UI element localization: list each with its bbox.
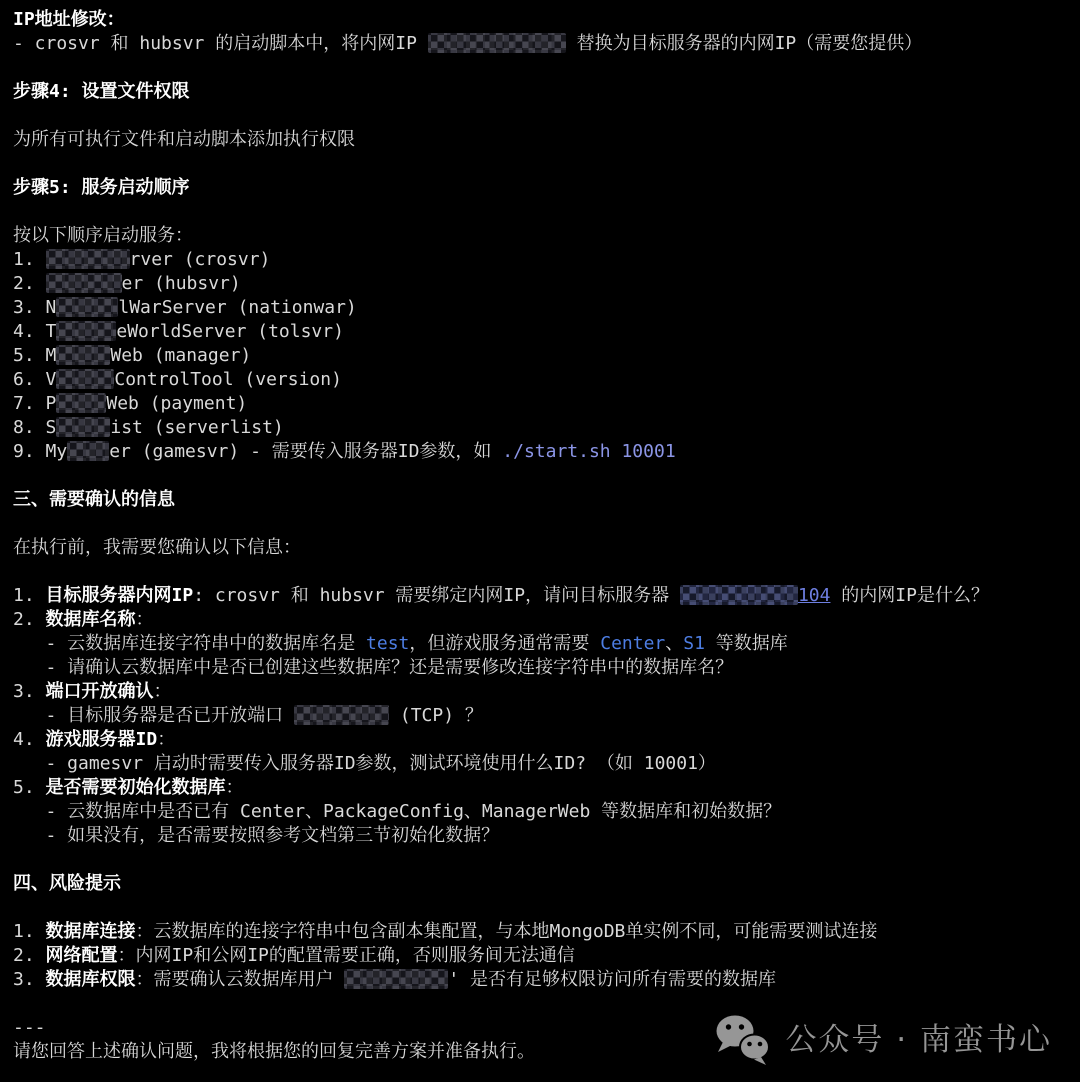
- text-run: 网络配置: [46, 945, 118, 966]
- watermark: 公众号 · 南蛮书心: [715, 1014, 1052, 1066]
- text-run: er (hubsvr): [122, 273, 241, 294]
- text-run: ist (serverlist): [110, 417, 283, 438]
- terminal-line: 步骤5: 服务启动顺序: [13, 176, 1072, 200]
- terminal-line: 2. 数据库名称：: [13, 608, 1072, 632]
- text-run: 3.: [13, 681, 46, 702]
- terminal-line: 1. 数据库连接：云数据库的连接字符串中包含副本集配置，与本地MongoDB单实…: [13, 920, 1072, 944]
- terminal-line: 2. 网络配置：内网IP和公网IP的配置需要正确，否则服务间无法通信: [13, 944, 1072, 968]
- text-run: 步骤5: 服务启动顺序: [13, 177, 190, 198]
- text-run: 4.: [13, 729, 46, 750]
- text-run: 目标服务器内网IP: [46, 585, 194, 606]
- text-run: 5.: [13, 777, 46, 798]
- text-run: 步骤4: 设置文件权限: [13, 81, 190, 102]
- redacted-blur: [46, 273, 122, 293]
- terminal-line: IP地址修改：: [13, 8, 1072, 32]
- terminal-line: 3. NlWarServer (nationwar): [13, 296, 1072, 320]
- text-run: rver (crosvr): [130, 249, 271, 270]
- redacted-blur: [56, 393, 106, 413]
- redacted-blur: [56, 297, 118, 317]
- redacted-blur: [294, 705, 389, 725]
- text-run: : crosvr 和 hubsvr 需要绑定内网IP，请问目标服务器: [193, 585, 680, 606]
- text-run: 、: [665, 633, 683, 654]
- terminal-line: 在执行前，我需要您确认以下信息：: [13, 536, 1072, 560]
- terminal-line: 按以下顺序启动服务：: [13, 224, 1072, 248]
- text-run: lWarServer (nationwar): [118, 297, 356, 318]
- text-run: ：内网IP和公网IP的配置需要正确，否则服务间无法通信: [118, 945, 575, 966]
- text-run: test: [366, 633, 409, 654]
- text-run: 2.: [13, 945, 46, 966]
- text-run: ：需要确认云数据库用户: [136, 969, 345, 990]
- text-run: - 目标服务器是否已开放端口: [13, 705, 294, 726]
- terminal-line: [13, 848, 1072, 872]
- text-run: er (gamesvr) - 需要传入服务器ID参数，如: [109, 441, 502, 462]
- text-run: 数据库权限: [46, 969, 136, 990]
- text-run: 4. T: [13, 321, 56, 342]
- terminal-line: [13, 56, 1072, 80]
- text-run: Web (payment): [106, 393, 247, 414]
- terminal-line: 3. 端口开放确认：: [13, 680, 1072, 704]
- redacted-blur: [56, 345, 110, 365]
- text-run: ./start.sh 10001: [502, 441, 675, 462]
- text-run: 三、需要确认的信息: [13, 489, 175, 510]
- terminal-line: [13, 992, 1072, 1016]
- text-run: 3. N: [13, 297, 56, 318]
- terminal-line: 4. 游戏服务器ID：: [13, 728, 1072, 752]
- text-run: 数据库连接: [46, 921, 136, 942]
- text-run: 1.: [13, 921, 46, 942]
- text-run: - 云数据库连接字符串中的数据库名是: [13, 633, 366, 654]
- text-run: 按以下顺序启动服务：: [13, 225, 193, 246]
- terminal-line: 1. 目标服务器内网IP: crosvr 和 hubsvr 需要绑定内网IP，请…: [13, 584, 1072, 608]
- text-run: ---: [13, 1017, 46, 1038]
- text-run: - 云数据库中是否已有 Center、PackageConfig、Manager…: [13, 801, 781, 822]
- text-run: Web (manager): [110, 345, 251, 366]
- redacted-blur: [344, 969, 448, 989]
- text-run: 104: [798, 585, 831, 606]
- text-run: S1: [683, 633, 705, 654]
- text-run: - gamesvr 启动时需要传入服务器ID参数，测试环境使用什么ID? （如 …: [13, 753, 716, 774]
- text-run: 2.: [13, 273, 46, 294]
- text-run: 2.: [13, 609, 46, 630]
- terminal-line: [13, 152, 1072, 176]
- text-run: 是否需要初始化数据库: [46, 777, 226, 798]
- terminal-line: [13, 200, 1072, 224]
- text-run: 在执行前，我需要您确认以下信息：: [13, 537, 301, 558]
- text-run: ControlTool (version): [114, 369, 342, 390]
- text-run: - 请确认云数据库中是否已创建这些数据库？还是需要修改连接字符串中的数据库名？: [13, 657, 733, 678]
- redacted-blur: [56, 369, 114, 389]
- text-run: 数据库名称: [46, 609, 136, 630]
- text-run: ：: [157, 729, 175, 750]
- terminal-line: 步骤4: 设置文件权限: [13, 80, 1072, 104]
- terminal-line: 四、风险提示: [13, 872, 1072, 896]
- text-run: Center: [600, 633, 665, 654]
- terminal-line: 7. PWeb (payment): [13, 392, 1072, 416]
- text-run: 1.: [13, 585, 46, 606]
- redacted-blur: [56, 321, 116, 341]
- text-run: eWorldServer (tolsvr): [116, 321, 344, 342]
- terminal-line: 5. 是否需要初始化数据库：: [13, 776, 1072, 800]
- text-run: - crosvr 和 hubsvr 的启动脚本中，将内网IP: [13, 33, 428, 54]
- terminal-line: - 云数据库中是否已有 Center、PackageConfig、Manager…: [13, 800, 1072, 824]
- terminal-line: [13, 512, 1072, 536]
- terminal-line: [13, 560, 1072, 584]
- text-run: 7. P: [13, 393, 56, 414]
- terminal-line: - 请确认云数据库中是否已创建这些数据库？还是需要修改连接字符串中的数据库名？: [13, 656, 1072, 680]
- terminal-line: 3. 数据库权限：需要确认云数据库用户 ' 是否有足够权限访问所有需要的数据库: [13, 968, 1072, 992]
- text-run: (TCP) ？: [389, 705, 483, 726]
- text-run: 6. V: [13, 369, 56, 390]
- terminal-line: [13, 896, 1072, 920]
- redacted-blur: [46, 249, 130, 269]
- text-run: 请您回答上述确认问题，我将根据您的回复完善方案并准备执行。: [13, 1041, 535, 1062]
- text-run: 四、风险提示: [13, 873, 121, 894]
- text-run: 9. My: [13, 441, 67, 462]
- terminal-line: - crosvr 和 hubsvr 的启动脚本中，将内网IP 替换为目标服务器的…: [13, 32, 1072, 56]
- text-run: ：: [154, 681, 172, 702]
- terminal-line: 为所有可执行文件和启动脚本添加执行权限: [13, 128, 1072, 152]
- terminal-line: 1. rver (crosvr): [13, 248, 1072, 272]
- text-run: 的内网IP是什么？: [830, 585, 989, 606]
- wechat-icon: [715, 1014, 771, 1066]
- text-run: ，但游戏服务通常需要: [409, 633, 600, 654]
- text-run: 端口开放确认: [46, 681, 154, 702]
- terminal-line: [13, 104, 1072, 128]
- text-run: ' 是否有足够权限访问所有需要的数据库: [448, 969, 776, 990]
- terminal-line: - gamesvr 启动时需要传入服务器ID参数，测试环境使用什么ID? （如 …: [13, 752, 1072, 776]
- text-run: IP地址修改：: [13, 9, 125, 30]
- terminal-line: 5. MWeb (manager): [13, 344, 1072, 368]
- text-run: 8. S: [13, 417, 56, 438]
- text-run: ：云数据库的连接字符串中包含副本集配置，与本地MongoDB单实例不同，可能需要…: [136, 921, 878, 942]
- terminal-line: [13, 464, 1072, 488]
- text-run: ：: [136, 609, 154, 630]
- watermark-label: 公众号 · 南蛮书心: [785, 1028, 1052, 1052]
- terminal-line: 9. Myer (gamesvr) - 需要传入服务器ID参数，如 ./star…: [13, 440, 1072, 464]
- text-run: 5. M: [13, 345, 56, 366]
- redacted-blur: [67, 441, 109, 461]
- text-run: 游戏服务器ID: [46, 729, 158, 750]
- terminal-line: - 如果没有，是否需要按照参考文档第三节初始化数据？: [13, 824, 1072, 848]
- terminal-screen: IP地址修改：- crosvr 和 hubsvr 的启动脚本中，将内网IP 替换…: [0, 0, 1080, 1082]
- redacted-blur: [56, 417, 110, 437]
- redacted-blur: [428, 33, 566, 53]
- text-run: 为所有可执行文件和启动脚本添加执行权限: [13, 129, 355, 150]
- terminal-line: 2. er (hubsvr): [13, 272, 1072, 296]
- terminal-line: 8. Sist (serverlist): [13, 416, 1072, 440]
- text-run: ：: [226, 777, 244, 798]
- terminal-line: 三、需要确认的信息: [13, 488, 1072, 512]
- terminal-line: 4. TeWorldServer (tolsvr): [13, 320, 1072, 344]
- terminal-line: 6. VControlTool (version): [13, 368, 1072, 392]
- text-run: 等数据库: [705, 633, 788, 654]
- redacted-blur: [680, 585, 798, 605]
- terminal-output: IP地址修改：- crosvr 和 hubsvr 的启动脚本中，将内网IP 替换…: [13, 8, 1072, 1064]
- terminal-line: - 目标服务器是否已开放端口 (TCP) ？: [13, 704, 1072, 728]
- terminal-line: - 云数据库连接字符串中的数据库名是 test，但游戏服务通常需要 Center…: [13, 632, 1072, 656]
- text-run: 替换为目标服务器的内网IP（需要您提供）: [566, 33, 923, 54]
- text-run: 1.: [13, 249, 46, 270]
- text-run: 3.: [13, 969, 46, 990]
- text-run: - 如果没有，是否需要按照参考文档第三节初始化数据？: [13, 825, 499, 846]
